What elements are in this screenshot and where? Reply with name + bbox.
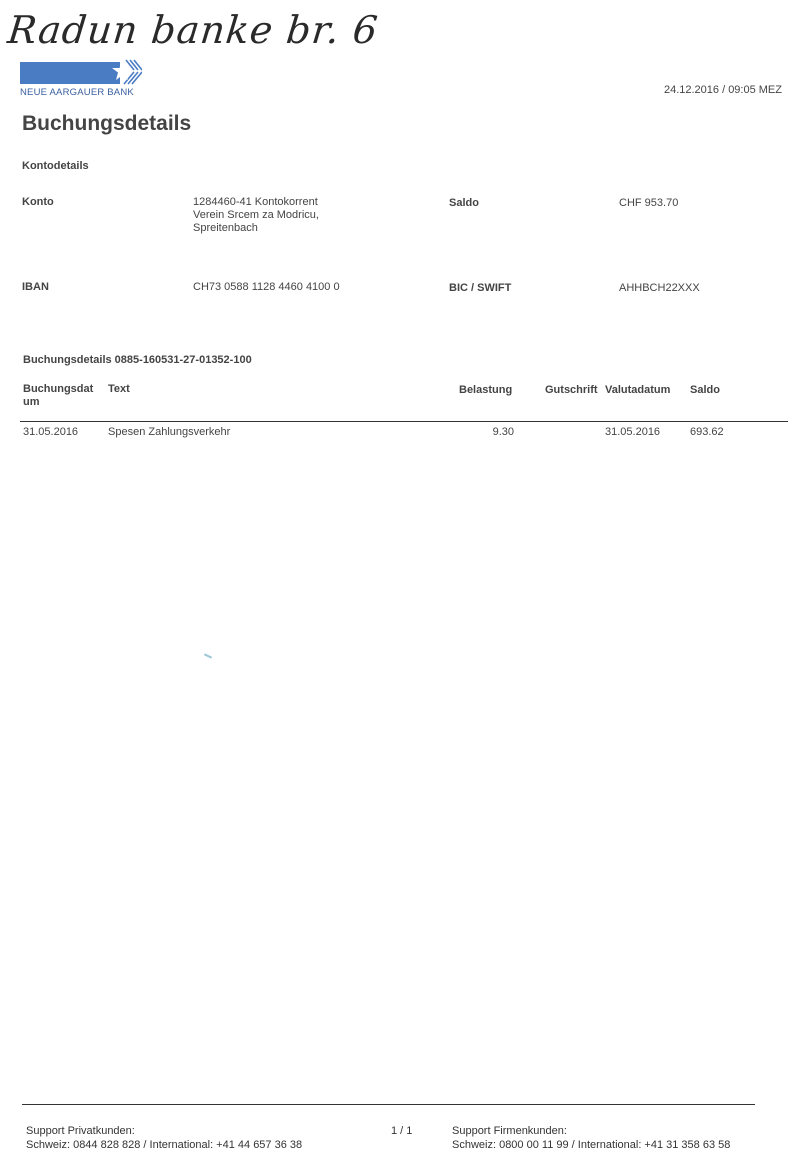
konto-value: 1284460-41 Kontokorrent Verein Srcem za …	[193, 196, 319, 235]
column-header-credit: Gutschrift	[545, 384, 598, 397]
column-header-debit: Belastung	[459, 384, 512, 397]
column-header-balance: Saldo	[690, 384, 720, 397]
footer-business-support: Support Firmenkunden: Schweiz: 0800 00 1…	[452, 1124, 730, 1152]
konto-line: Spreitenbach	[193, 222, 319, 235]
business-support-contact: Schweiz: 0800 00 11 99 / International: …	[452, 1138, 730, 1152]
private-support-contact: Schweiz: 0844 828 828 / International: +…	[26, 1138, 302, 1152]
footer-divider	[22, 1104, 755, 1105]
konto-label: Konto	[22, 196, 54, 208]
column-header-date-line1: Buchungsdat	[23, 383, 93, 396]
column-header-text: Text	[108, 383, 130, 396]
saldo-value: CHF 953.70	[619, 197, 678, 210]
column-header-date-line2: um	[23, 396, 93, 409]
konto-line: Verein Srcem za Modricu,	[193, 209, 319, 222]
business-support-title: Support Firmenkunden:	[452, 1124, 730, 1138]
bank-logo: NEUE AARGAUER BANK	[20, 62, 142, 98]
bic-value: AHHBCH22XXX	[619, 282, 700, 295]
table-header-divider	[20, 421, 788, 422]
row-value-date: 31.05.2016	[605, 426, 660, 438]
page-number: 1 / 1	[391, 1124, 412, 1138]
row-debit: 9.30	[440, 426, 514, 438]
column-header-value-date: Valutadatum	[605, 384, 670, 397]
scan-artifact	[204, 653, 212, 658]
booking-section-title: Buchungsdetails 0885-160531-27-01352-100	[23, 354, 252, 366]
konto-line: 1284460-41 Kontokorrent	[193, 196, 319, 209]
private-support-title: Support Privatkunden:	[26, 1124, 302, 1138]
row-date: 31.05.2016	[23, 426, 78, 438]
iban-label: IBAN	[22, 281, 49, 293]
timestamp: 24.12.2016 / 09:05 MEZ	[664, 84, 782, 96]
star-icon	[112, 58, 142, 86]
iban-value: CH73 0588 1128 4460 4100 0	[193, 281, 340, 294]
page-title: Buchungsdetails	[22, 112, 191, 136]
footer-private-support: Support Privatkunden: Schweiz: 0844 828 …	[26, 1124, 302, 1152]
account-section-title: Kontodetails	[22, 160, 89, 172]
row-balance: 693.62	[690, 426, 724, 438]
logo-bar	[20, 62, 120, 84]
row-text: Spesen Zahlungsverkehr	[108, 426, 230, 438]
handwritten-note: Radun banke br. 6	[6, 8, 381, 52]
saldo-label: Saldo	[449, 197, 479, 209]
column-header-date: Buchungsdat um	[23, 383, 93, 409]
bank-name: NEUE AARGAUER BANK	[20, 87, 134, 98]
bic-label: BIC / SWIFT	[449, 282, 511, 294]
